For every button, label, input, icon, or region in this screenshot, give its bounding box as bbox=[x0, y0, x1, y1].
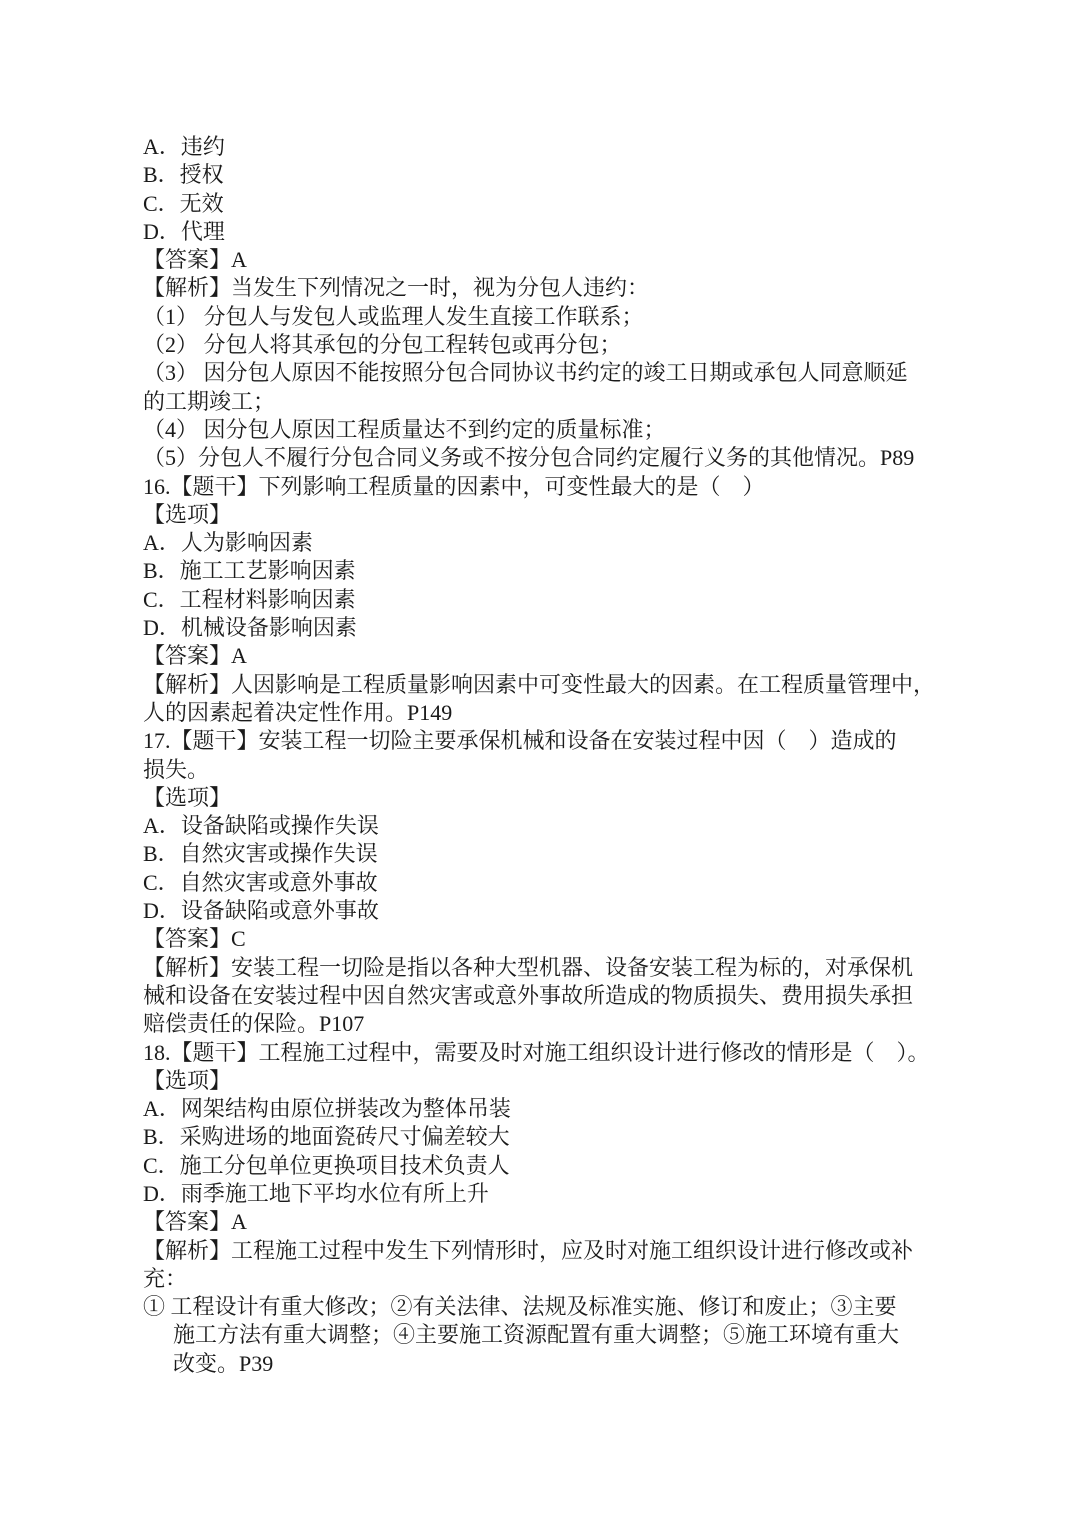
explanation-item-line: （4） 因分包人原因工程质量达不到约定的质量标准； bbox=[143, 416, 922, 444]
option-line: B．授权 bbox=[143, 161, 922, 189]
explanation-item-line: （1） 分包人与发包人或监理人发生直接工作联系； bbox=[143, 303, 922, 331]
options-label: 【选项】 bbox=[143, 501, 922, 529]
option-line: A．网架结构由原位拼装改为整体吊装 bbox=[143, 1095, 922, 1123]
options-label: 【选项】 bbox=[143, 784, 922, 812]
explanation-item-line: 施工方法有重大调整；④主要施工资源配置有重大调整；⑤施工环境有重大 bbox=[143, 1321, 922, 1349]
answer-line: 【答案】C bbox=[143, 925, 922, 953]
option-line: C．无效 bbox=[143, 190, 922, 218]
explanation-line: 【解析】当发生下列情况之一时，视为分包人违约： bbox=[143, 274, 922, 302]
explanation-line: 人的因素起着决定性作用。P149 bbox=[143, 699, 922, 727]
explanation-item-line: 的工期竣工； bbox=[143, 388, 922, 416]
question-line: 损失。 bbox=[143, 756, 922, 784]
option-line: D．机械设备影响因素 bbox=[143, 614, 922, 642]
explanation-item-line: （5）分包人不履行分包合同义务或不按分包合同约定履行义务的其他情况。P89 bbox=[143, 444, 922, 472]
question-line: 17.【题干】安装工程一切险主要承保机械和设备在安装过程中因（ ）造成的 bbox=[143, 727, 922, 755]
option-line: C．施工分包单位更换项目技术负责人 bbox=[143, 1152, 922, 1180]
explanation-line: 械和设备在安装过程中因自然灾害或意外事故所造成的物质损失、费用损失承担 bbox=[143, 982, 922, 1010]
option-line: D．代理 bbox=[143, 218, 922, 246]
document-page: A．违约 B．授权 C．无效 D．代理 【答案】A 【解析】当发生下列情况之一时… bbox=[0, 0, 1080, 1528]
option-line: B．自然灾害或操作失误 bbox=[143, 840, 922, 868]
option-line: A．人为影响因素 bbox=[143, 529, 922, 557]
option-line: C．自然灾害或意外事故 bbox=[143, 869, 922, 897]
options-label: 【选项】 bbox=[143, 1067, 922, 1095]
option-line: A．违约 bbox=[143, 133, 922, 161]
explanation-line: 【解析】人因影响是工程质量影响因素中可变性最大的因素。在工程质量管理中， bbox=[143, 671, 922, 699]
question-line: 18.【题干】工程施工过程中，需要及时对施工组织设计进行修改的情形是（ ）。 bbox=[143, 1039, 922, 1067]
explanation-line: 【解析】安装工程一切险是指以各种大型机器、设备安装工程为标的，对承保机 bbox=[143, 954, 922, 982]
explanation-line: 充： bbox=[143, 1265, 922, 1293]
answer-line: 【答案】A bbox=[143, 642, 922, 670]
explanation-line: 赔偿责任的保险。P107 bbox=[143, 1010, 922, 1038]
explanation-item-line: （2） 分包人将其承包的分包工程转包或再分包； bbox=[143, 331, 922, 359]
explanation-item-line: ① 工程设计有重大修改；②有关法律、法规及标准实施、修订和废止；③主要 bbox=[143, 1293, 922, 1321]
option-line: B．采购进场的地面瓷砖尺寸偏差较大 bbox=[143, 1123, 922, 1151]
question-line: 16.【题干】下列影响工程质量的因素中，可变性最大的是（ ） bbox=[143, 473, 922, 501]
answer-line: 【答案】A bbox=[143, 1208, 922, 1236]
option-line: A．设备缺陷或操作失误 bbox=[143, 812, 922, 840]
explanation-item-line: 改变。P39 bbox=[143, 1350, 922, 1378]
option-line: B．施工工艺影响因素 bbox=[143, 557, 922, 585]
option-line: C．工程材料影响因素 bbox=[143, 586, 922, 614]
explanation-line: 【解析】工程施工过程中发生下列情形时，应及时对施工组织设计进行修改或补 bbox=[143, 1237, 922, 1265]
explanation-item-line: （3） 因分包人原因不能按照分包合同协议书约定的竣工日期或承包人同意顺延 bbox=[143, 359, 922, 387]
answer-line: 【答案】A bbox=[143, 246, 922, 274]
option-line: D．雨季施工地下平均水位有所上升 bbox=[143, 1180, 922, 1208]
option-line: D．设备缺陷或意外事故 bbox=[143, 897, 922, 925]
